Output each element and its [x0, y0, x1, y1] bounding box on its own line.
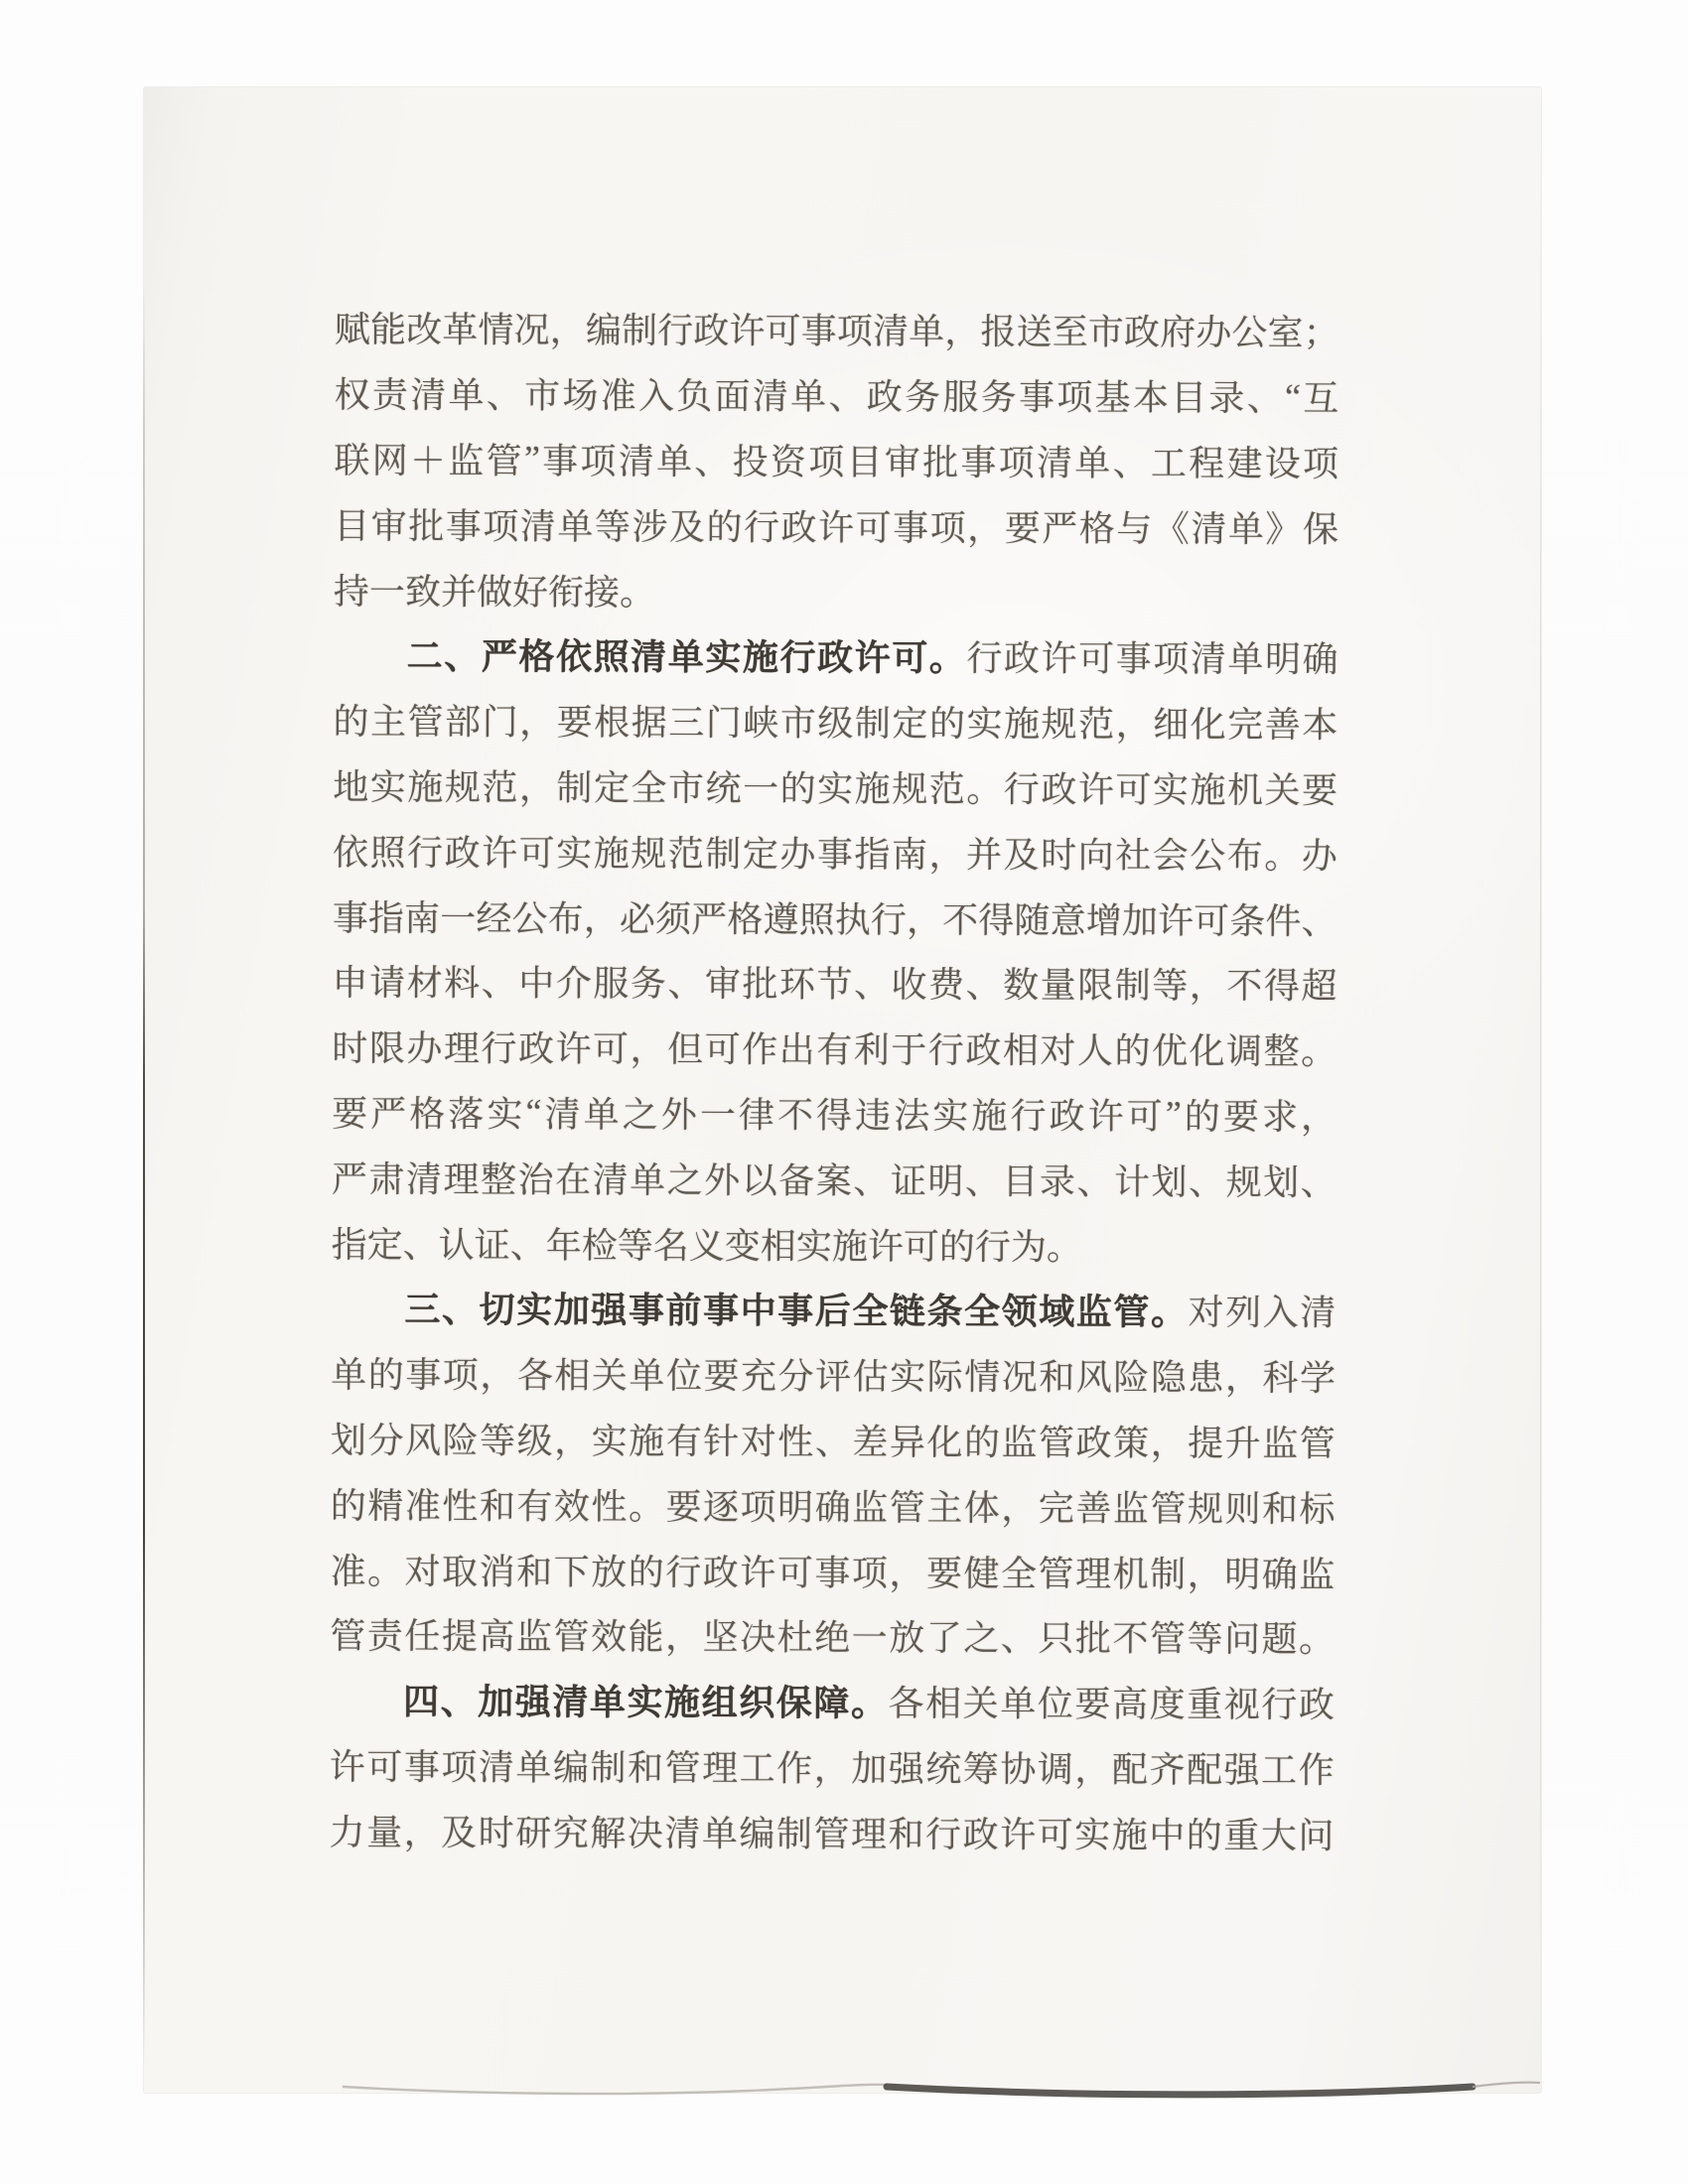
body-glyph: 为	[1011, 1219, 1047, 1270]
body-glyph: 清	[479, 1739, 514, 1790]
text-line: 单的事项，各相关单位要充分评估实际情况和风险隐患，科学	[331, 1340, 1336, 1409]
body-glyph: 对	[741, 1414, 776, 1464]
body-glyph: 范	[929, 761, 965, 812]
body-glyph: 清	[1191, 501, 1226, 552]
body-glyph: 关	[592, 1348, 628, 1399]
body-glyph: 相	[925, 1676, 961, 1726]
body-glyph: 许	[555, 1022, 591, 1072]
heading-glyph: 组	[702, 1675, 738, 1725]
heading-glyph: 二	[407, 629, 443, 680]
heading-glyph: 。	[1151, 1285, 1187, 1335]
body-glyph: 、	[1247, 370, 1283, 421]
body-glyph: 。	[629, 1479, 664, 1530]
body-glyph: 化	[1191, 697, 1226, 748]
body-glyph: 项	[852, 1545, 888, 1595]
body-glyph: 隐	[1151, 1350, 1187, 1401]
body-glyph: 与	[1116, 501, 1152, 552]
heading-glyph: 施	[664, 1675, 700, 1725]
body-glyph: 《	[1154, 501, 1190, 552]
body-glyph: 善	[1075, 1480, 1111, 1531]
body-glyph: 得	[1264, 959, 1300, 1010]
body-glyph: 要	[557, 695, 593, 746]
body-glyph: 料	[444, 956, 480, 1007]
body-glyph: 健	[963, 1546, 999, 1596]
body-glyph: 依	[333, 825, 368, 876]
body-glyph: 项	[999, 435, 1035, 485]
body-glyph: ，	[1301, 1089, 1336, 1140]
body-glyph: 定	[743, 826, 778, 877]
body-glyph: 相	[1003, 1024, 1039, 1074]
body-glyph: 事	[333, 890, 368, 941]
body-glyph: 则	[1224, 1481, 1260, 1532]
heading-glyph: 许	[855, 630, 891, 681]
body-glyph: 要	[1223, 1089, 1259, 1140]
text-line: 持一致并做好衔接。	[334, 556, 1338, 624]
body-glyph: 向	[1078, 827, 1114, 878]
body-glyph: 施	[1112, 1807, 1148, 1857]
body-glyph: 行	[481, 1022, 516, 1072]
body-glyph: 精	[367, 1478, 403, 1529]
heading-glyph: 织	[739, 1676, 774, 1726]
heading-glyph: 障	[813, 1676, 849, 1726]
body-glyph: 许	[1158, 892, 1194, 943]
heading-glyph: 依	[556, 629, 592, 680]
body-glyph: 行	[744, 499, 779, 550]
body-glyph: 行	[407, 825, 443, 876]
body-glyph: 一	[743, 760, 778, 811]
body-glyph: 环	[779, 957, 815, 1008]
body-glyph: 事	[404, 1739, 440, 1790]
text-line: 目审批事项清单等涉及的行政许可事项，要严格与《清单》保	[334, 490, 1338, 559]
body-glyph: 整	[481, 1152, 516, 1202]
body-glyph: 目	[334, 498, 369, 549]
body-glyph: 行	[1261, 1677, 1297, 1727]
body-glyph: 的	[964, 1415, 1000, 1465]
body-glyph: 严	[370, 1086, 406, 1137]
text-line: 依照行政许可实施规范制定办事指南，并及时向社会公布。办	[333, 817, 1337, 886]
body-glyph: 能	[370, 303, 406, 353]
body-glyph: 范	[1078, 697, 1114, 748]
body-glyph: 风	[1076, 1350, 1112, 1401]
body-glyph: 、	[1301, 1155, 1336, 1205]
body-glyph: 项	[930, 500, 966, 551]
document-page: 赋能改革情况，编制行政许可事项清单，报送至市政府办公室；权责清单、市场准入负面清…	[144, 87, 1541, 2093]
body-glyph: 审	[705, 957, 741, 1008]
body-glyph: 并	[966, 827, 1002, 878]
body-glyph: 行	[657, 304, 693, 354]
body-glyph: 等	[595, 499, 631, 550]
text-line: 严肃清理整治在清单之外以备案、证明、目录、计划、规划、	[332, 1144, 1336, 1212]
body-glyph: 务	[905, 369, 940, 420]
body-glyph: 材	[407, 956, 443, 1007]
body-glyph: 律	[739, 1087, 774, 1138]
body-glyph: 外	[661, 1087, 697, 1138]
body-glyph: 任	[404, 1609, 440, 1660]
body-glyph: 行	[1004, 761, 1040, 812]
body-glyph: 南	[404, 890, 440, 941]
body-glyph: 级	[517, 1414, 553, 1464]
body-glyph: 件	[1265, 893, 1301, 944]
body-glyph: 学	[1300, 1351, 1336, 1402]
body-glyph: 执	[835, 891, 871, 942]
body-glyph: 理	[1075, 1546, 1111, 1596]
body-glyph: 增	[1086, 892, 1122, 943]
body-glyph: 实	[1153, 762, 1189, 813]
body-glyph: 办	[1302, 828, 1337, 879]
heading-glyph: 全	[964, 1285, 1000, 1335]
body-glyph: 行	[925, 1807, 961, 1857]
body-glyph: 公	[511, 890, 547, 941]
body-glyph: 单	[630, 1153, 665, 1203]
body-glyph: 、	[1113, 436, 1149, 486]
heading-glyph: 监	[1076, 1285, 1112, 1335]
body-glyph: 调	[1038, 1741, 1073, 1792]
body-glyph: 风	[405, 1413, 441, 1463]
body-glyph: 、	[966, 958, 1002, 1009]
body-glyph: 目	[1002, 1154, 1038, 1204]
body-glyph: 规	[631, 826, 666, 877]
body-glyph: 可	[1115, 762, 1151, 813]
body-glyph: 细	[1153, 697, 1189, 748]
body-glyph: 会	[1153, 828, 1189, 879]
heading-glyph: 加	[478, 1675, 513, 1725]
body-glyph: ，	[967, 500, 1003, 551]
body-glyph: 管	[665, 1740, 701, 1791]
body-glyph: 清	[1191, 631, 1226, 682]
body-glyph: 政	[1124, 305, 1160, 355]
body-glyph: 作	[776, 1740, 812, 1791]
body-glyph: 题	[1261, 1612, 1297, 1663]
text-line: 时限办理行政许可，但可作出有利于行政相对人的优化调整。	[332, 1014, 1336, 1082]
body-glyph: ”	[524, 438, 540, 479]
body-glyph: 政	[518, 1022, 554, 1072]
body-glyph: 险	[1113, 1350, 1149, 1401]
body-glyph: 务	[631, 956, 666, 1007]
body-glyph: 布	[1227, 828, 1263, 879]
body-glyph: 监	[1001, 1415, 1037, 1465]
body-glyph: 单	[331, 1347, 366, 1398]
body-glyph: 事	[542, 434, 578, 484]
body-glyph: 服	[593, 956, 629, 1007]
body-glyph: 单	[629, 1348, 664, 1399]
body-glyph: 入	[638, 368, 674, 419]
body-glyph: 管	[813, 1806, 849, 1856]
body-glyph: 情	[964, 1349, 1000, 1400]
body-glyph: 政	[1004, 631, 1040, 682]
body-glyph: 政	[693, 304, 729, 354]
body-glyph: 理	[444, 1022, 480, 1072]
body-glyph: 致	[405, 564, 441, 614]
body-glyph: 求	[1262, 1089, 1298, 1140]
body-glyph: 施	[832, 1218, 868, 1269]
body-glyph: 行	[975, 1219, 1011, 1270]
body-glyph: 格	[409, 1086, 445, 1137]
body-glyph: 和	[1039, 1350, 1074, 1401]
body-glyph: 准	[330, 1544, 365, 1594]
body-glyph: 政	[1299, 1678, 1335, 1728]
body-glyph: 部	[445, 695, 481, 746]
body-glyph: 范	[668, 826, 704, 877]
body-glyph: 义	[689, 1218, 725, 1269]
body-glyph: 加	[1122, 892, 1158, 943]
body-glyph: ，	[1190, 958, 1225, 1009]
body-glyph: 许	[729, 304, 765, 354]
body-glyph: 可	[1038, 1807, 1073, 1857]
text-line: 权责清单、市场准入负面清单、政务服务事项基本目录、“互	[335, 360, 1339, 429]
body-glyph: 事	[405, 1347, 441, 1398]
text-line: 许可事项清单编制和管理工作，加强统筹协调，配齐配强工作	[330, 1732, 1335, 1801]
body-glyph: 》	[1265, 501, 1301, 552]
body-glyph: 本	[1302, 698, 1337, 749]
body-glyph: 批	[742, 957, 777, 1008]
body-glyph: 施	[1004, 697, 1040, 748]
body-glyph: 划	[1151, 1155, 1187, 1205]
heading-glyph: 全	[852, 1284, 888, 1334]
body-glyph: 指	[854, 827, 890, 878]
body-glyph: 时	[479, 1805, 514, 1855]
body-glyph: 清	[664, 1806, 700, 1856]
body-glyph: 实	[932, 1088, 968, 1139]
body-glyph: 制	[590, 1740, 626, 1791]
body-glyph: 效	[591, 1609, 627, 1660]
body-glyph: 清	[619, 434, 654, 484]
heading-glyph: 、	[442, 1283, 478, 1333]
body-glyph: 批	[1075, 1611, 1111, 1662]
body-glyph: 负	[676, 368, 712, 419]
body-glyph: 配	[1112, 1742, 1148, 1793]
body-glyph: 筹	[963, 1741, 999, 1792]
body-glyph: ，	[944, 305, 980, 355]
body-glyph: 市	[524, 368, 560, 419]
body-glyph: 标	[1299, 1481, 1335, 1532]
body-glyph: 录	[1208, 370, 1244, 421]
body-glyph: 改	[406, 303, 442, 353]
body-glyph: 可	[1078, 631, 1114, 682]
body-glyph: 好	[512, 564, 548, 614]
body-glyph: 全	[1001, 1546, 1037, 1596]
body-glyph: 、	[854, 957, 890, 1008]
body-glyph: ，	[889, 1545, 924, 1595]
bottom-edge-thin-line	[343, 2085, 887, 2094]
body-glyph: 批	[922, 435, 958, 485]
body-glyph: 了	[926, 1610, 962, 1661]
body-glyph: 备	[778, 1153, 814, 1203]
body-glyph: 的	[1185, 1089, 1220, 1140]
body-glyph: 提	[1188, 1416, 1223, 1466]
body-glyph: ，	[1116, 697, 1152, 748]
heading-glyph: 后	[815, 1284, 851, 1334]
heading-glyph: 强	[591, 1283, 627, 1333]
body-glyph: 有	[666, 1414, 702, 1464]
body-glyph: 管	[1039, 1546, 1074, 1596]
body-glyph: 管	[1300, 1416, 1336, 1466]
body-glyph: ；	[1304, 306, 1339, 356]
body-glyph: 。	[1264, 828, 1300, 879]
heading-glyph: 、	[444, 629, 480, 680]
body-glyph: ，	[1225, 1350, 1261, 1401]
body-glyph: 超	[1301, 959, 1336, 1010]
body-glyph: 照	[369, 825, 405, 876]
body-glyph: 实	[370, 759, 406, 810]
text-line-section-heading: 三、切实加强事前事中事后全链条全领域监管。对列入清	[331, 1275, 1336, 1343]
body-glyph: 。	[966, 761, 1002, 812]
body-glyph: 准	[405, 1478, 441, 1529]
heading-glyph: 。	[851, 1676, 887, 1726]
body-glyph: 评	[815, 1349, 851, 1400]
body-glyph: 项	[483, 498, 518, 549]
body-glyph: 申	[332, 955, 367, 1006]
body-glyph: 目	[846, 435, 882, 485]
body-glyph: 。	[620, 565, 655, 615]
body-glyph: 限	[369, 1021, 405, 1071]
body-glyph: 许	[1088, 1089, 1124, 1140]
body-glyph: 项	[443, 1348, 479, 1399]
bottom-edge-right-line	[1473, 2083, 1540, 2087]
body-glyph: 肃	[368, 1152, 404, 1202]
body-glyph: 。	[1047, 1219, 1082, 1270]
body-glyph: 放	[591, 1544, 627, 1594]
body-glyph: 和	[516, 1544, 552, 1594]
heading-glyph: 。	[929, 630, 965, 681]
body-glyph: 决	[740, 1610, 775, 1661]
heading-glyph: 实	[705, 630, 741, 681]
body-glyph: 联	[334, 433, 369, 483]
body-glyph: 性	[442, 1478, 478, 1529]
heading-glyph: 单	[590, 1675, 626, 1725]
body-glyph: 可	[1194, 893, 1229, 944]
body-glyph: 门	[706, 695, 742, 746]
body-glyph: 网	[372, 433, 408, 483]
body-glyph: 范	[482, 759, 517, 810]
body-glyph: 施	[407, 759, 443, 810]
body-glyph: 规	[892, 761, 927, 812]
body-glyph: 单	[557, 499, 593, 550]
body-glyph: 峡	[743, 696, 778, 747]
bottom-edge-dark-shadow	[887, 2087, 1473, 2095]
body-glyph: 案	[816, 1153, 852, 1203]
body-glyph: 中	[518, 956, 554, 1007]
body-glyph: 取	[442, 1544, 478, 1594]
heading-glyph: 中	[741, 1284, 776, 1334]
body-glyph: 事	[893, 500, 928, 551]
body-glyph: 制	[705, 826, 741, 877]
body-glyph: 格	[727, 891, 763, 942]
body-glyph: 政	[965, 1023, 1001, 1073]
body-glyph: 险	[442, 1413, 478, 1463]
body-glyph: 实	[592, 1414, 628, 1464]
body-glyph: 监	[1299, 1547, 1335, 1597]
body-glyph: 制	[855, 696, 891, 747]
text-line: 申请材料、中介服务、审批环节、收费、数量限制等，不得超	[332, 948, 1336, 1017]
body-glyph: 科	[1262, 1350, 1298, 1401]
body-glyph: 况	[513, 303, 549, 353]
body-glyph: ，	[1074, 1742, 1110, 1793]
body-glyph: 介	[556, 956, 592, 1007]
body-glyph: 根	[594, 695, 630, 746]
body-glyph: 时	[332, 1021, 367, 1071]
body-glyph: 务	[981, 369, 1017, 420]
body-glyph: 监	[448, 433, 484, 483]
body-glyph: ，	[404, 1805, 440, 1855]
body-glyph: 项	[441, 1739, 477, 1790]
body-glyph: 证	[891, 1154, 926, 1204]
body-glyph: 事	[960, 435, 996, 485]
body-glyph: 级	[817, 696, 853, 747]
body-glyph: 至	[1053, 305, 1088, 355]
body-glyph: 要	[1005, 500, 1041, 551]
body-glyph: 明	[777, 1479, 813, 1530]
body-glyph: 时	[1041, 827, 1076, 878]
body-glyph: 和	[888, 1807, 923, 1857]
body-glyph: 事	[814, 1545, 850, 1595]
body-glyph: 实	[890, 1349, 925, 1400]
text-line: 管责任提高监管效能，坚决杜绝一放了之、只批不管等问题。	[330, 1601, 1335, 1670]
body-glyph: 编	[553, 1740, 589, 1791]
body-glyph: 对	[1040, 1024, 1075, 1074]
text-line: 的主管部门，要根据三门峡市级制定的实施规范，细化完善本	[333, 687, 1337, 755]
body-glyph: 的	[331, 1478, 366, 1529]
body-glyph: 对	[404, 1544, 440, 1594]
body-glyph: 室	[1267, 306, 1303, 356]
body-glyph: 可	[904, 1219, 939, 1270]
body-glyph: 放	[889, 1610, 924, 1661]
body-glyph: 异	[890, 1415, 925, 1465]
body-glyph: 项	[1153, 631, 1189, 682]
body-glyph: 统	[925, 1741, 961, 1792]
body-glyph: 不	[942, 892, 978, 943]
body-glyph: 、	[1001, 1611, 1037, 1662]
body-glyph: 作	[1299, 1742, 1335, 1793]
body-glyph: 要	[1074, 1677, 1110, 1727]
body-glyph: 消	[480, 1544, 515, 1594]
body-glyph: 分	[777, 1349, 813, 1400]
body-glyph: 清	[753, 369, 788, 420]
body-glyph: 许	[482, 825, 517, 876]
document-text-block: 赋能改革情况，编制行政许可事项清单，报送至市政府办公室；权责清单、市场准入负面清…	[329, 295, 1339, 1866]
body-glyph: 视	[1224, 1677, 1260, 1727]
body-glyph: 请	[369, 955, 405, 1006]
body-glyph: 、	[667, 957, 703, 1008]
body-glyph: 资	[771, 435, 806, 485]
body-glyph: 、	[482, 956, 517, 1007]
body-glyph: 的	[706, 499, 742, 550]
body-glyph: 实	[1074, 1807, 1110, 1857]
body-glyph: 须	[655, 891, 691, 942]
page-bottom-edge-shadow	[144, 2061, 1541, 2109]
body-glyph: 政	[1076, 1416, 1112, 1466]
body-glyph: 充	[741, 1349, 776, 1400]
body-glyph: 、	[1189, 1155, 1224, 1205]
body-glyph: 府	[1160, 305, 1196, 355]
body-glyph: 患	[1188, 1350, 1223, 1401]
body-glyph: 高	[479, 1609, 514, 1660]
body-glyph: 检	[582, 1217, 618, 1268]
body-glyph: 行	[1010, 1088, 1046, 1139]
text-line: 力量，及时研究解决清单编制管理和行政许可实施中的重大问	[329, 1797, 1334, 1865]
body-glyph: 工	[740, 1740, 775, 1791]
body-glyph: 可	[765, 304, 800, 354]
body-glyph: 入	[1263, 1286, 1299, 1336]
heading-glyph: 可	[892, 630, 927, 681]
body-glyph: 定	[594, 760, 630, 811]
body-glyph: 况	[1002, 1349, 1038, 1400]
body-glyph: 管	[1150, 1481, 1186, 1532]
body-glyph: 公	[1231, 306, 1267, 356]
body-glyph: 政	[780, 499, 816, 550]
body-glyph: 意	[1051, 892, 1086, 943]
body-glyph: 理	[851, 1807, 887, 1857]
body-glyph: 力	[330, 1805, 365, 1855]
